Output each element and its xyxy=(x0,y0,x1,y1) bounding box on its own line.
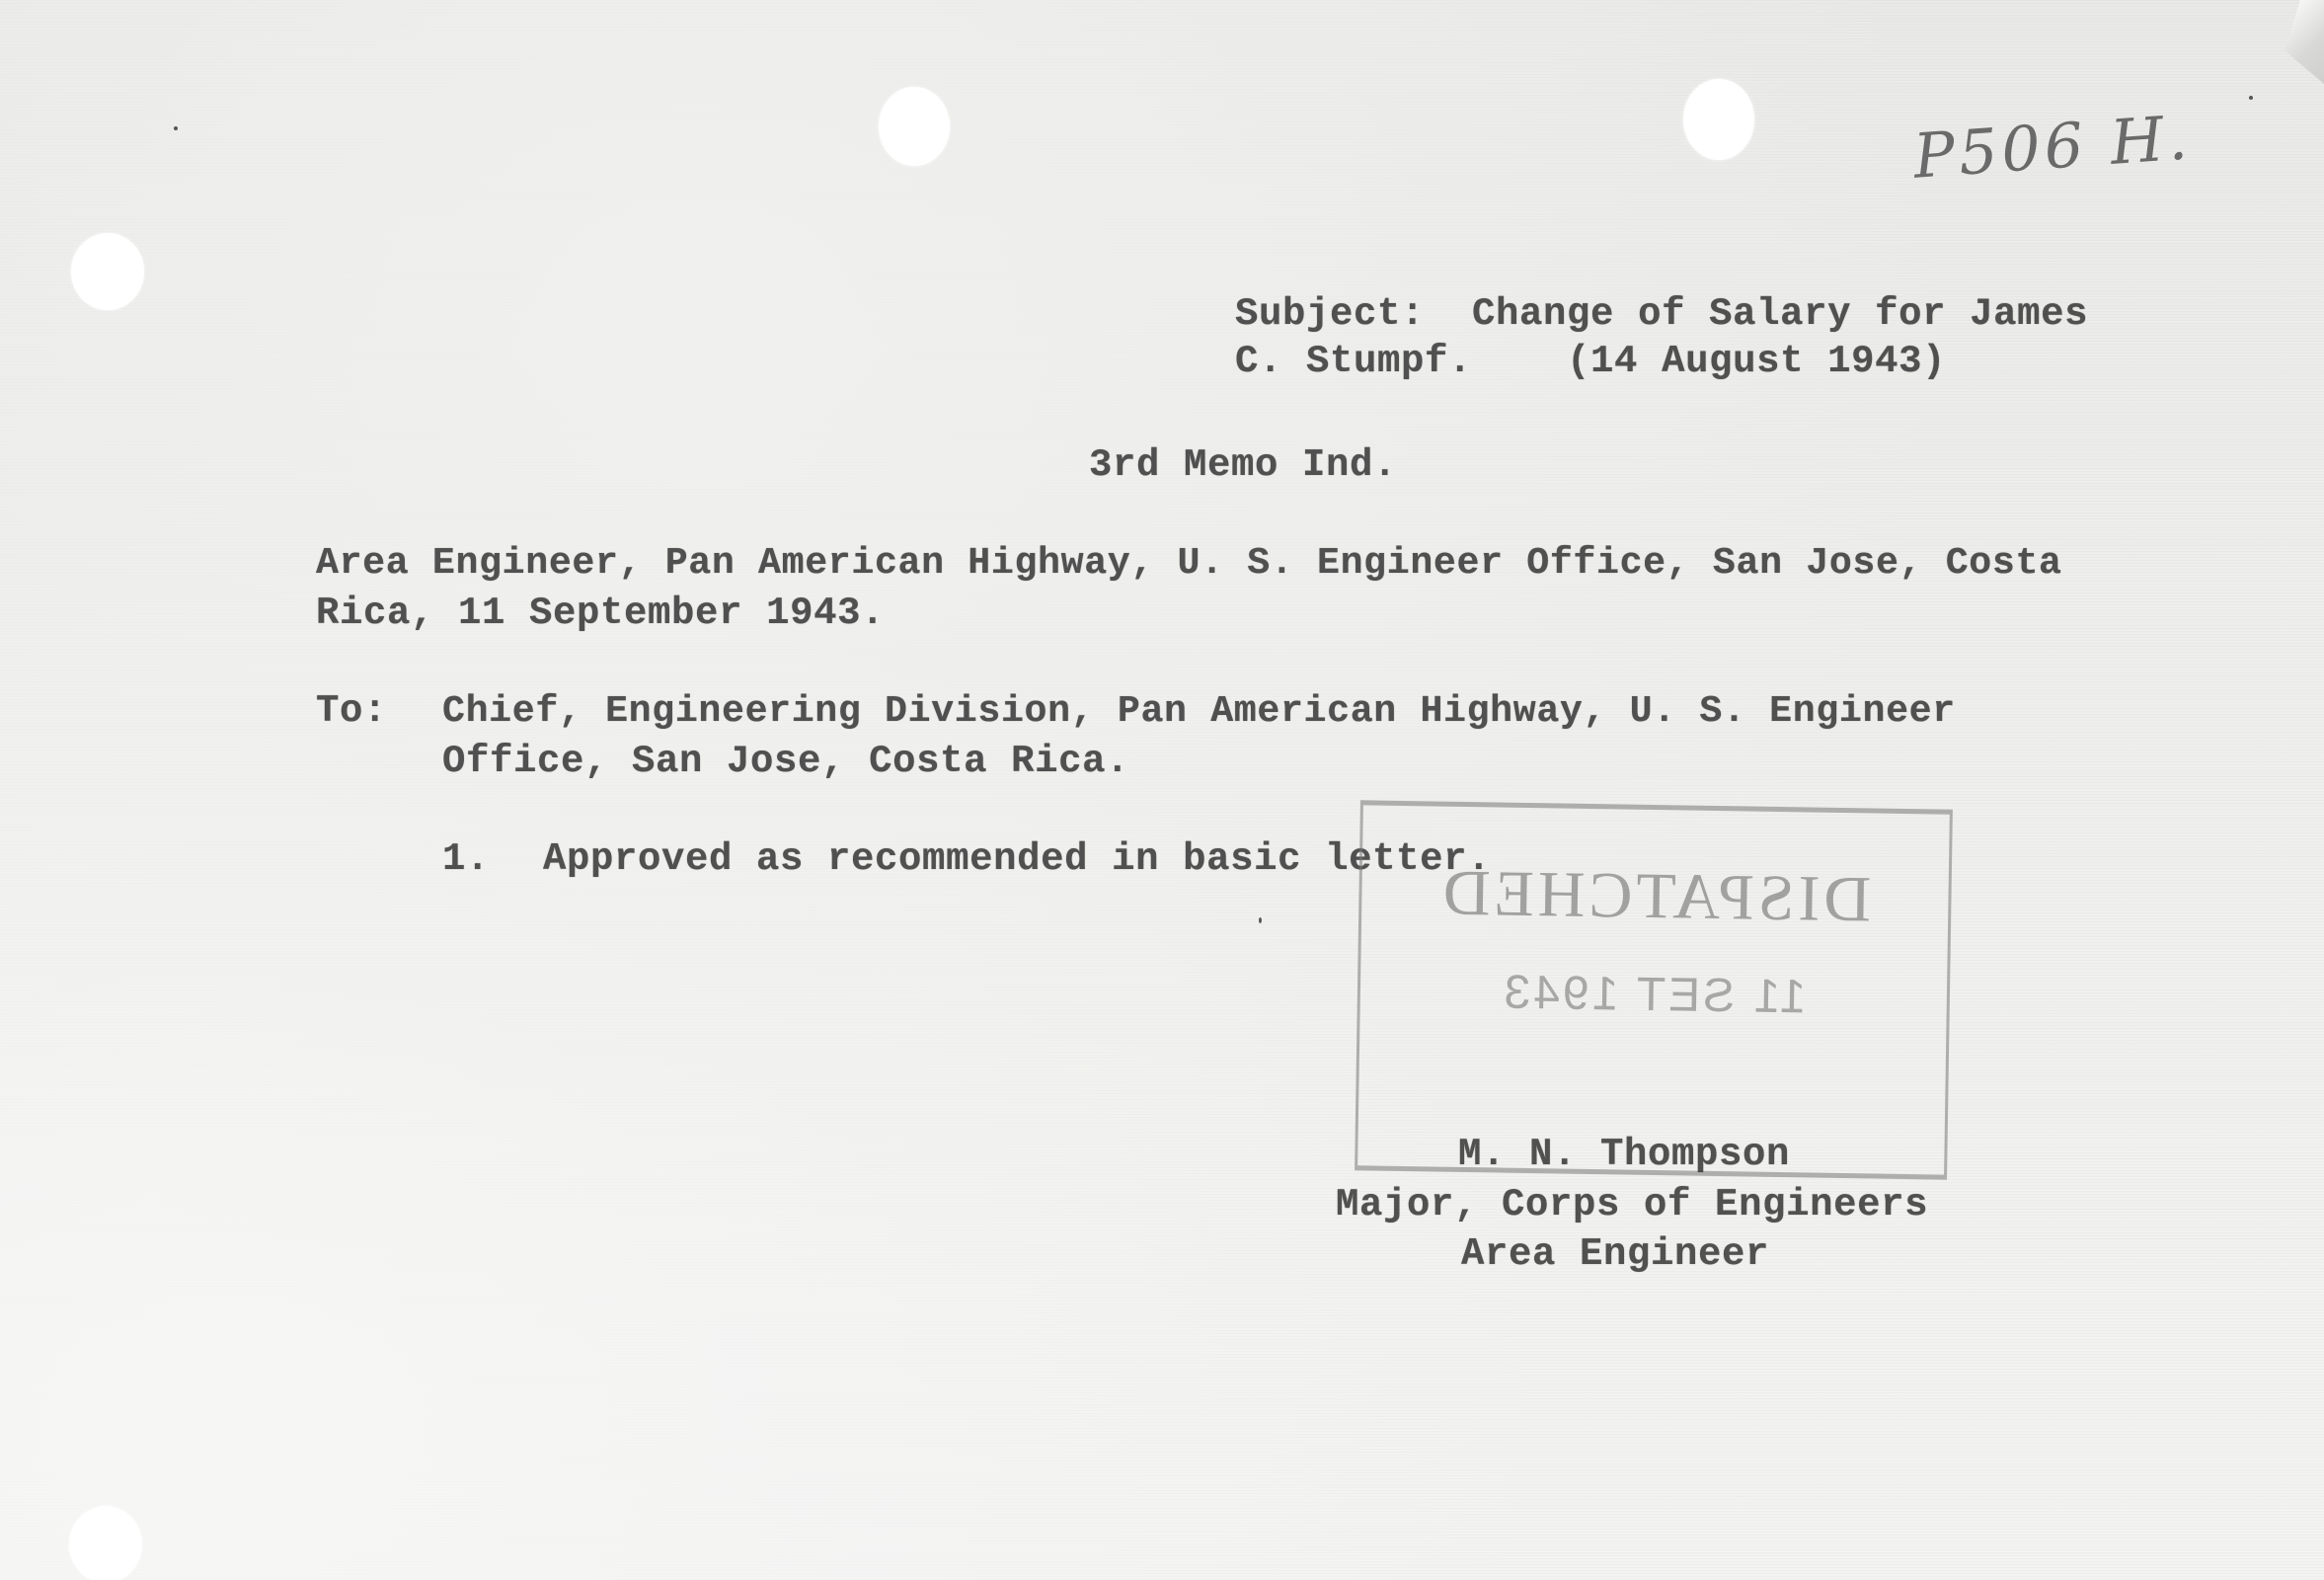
to-line-2: Office, San Jose, Costa Rica. xyxy=(442,736,1129,787)
punch-hole xyxy=(69,1506,142,1580)
stamp-label: DISPATCHED xyxy=(1358,854,1952,938)
signature-rank: Major, Corps of Engineers xyxy=(1336,1179,1928,1230)
paragraph-number: 1. xyxy=(442,833,490,885)
indorsement-heading: 3rd Memo Ind. xyxy=(1089,439,1397,491)
paper-speck xyxy=(2249,96,2253,100)
scanned-memo-page: P506 H. Subject: Change of Salary for Ja… xyxy=(0,0,2324,1580)
signature-name: M. N. Thompson xyxy=(1458,1129,1790,1180)
subject-line-2: C. Stumpf. (14 August 1943) xyxy=(1235,336,1946,387)
paper-speck xyxy=(174,126,178,130)
dispatched-stamp: DISPATCHED 11 SET 1943 xyxy=(1355,800,1953,1179)
paper-speck xyxy=(1259,917,1262,923)
punch-hole xyxy=(71,233,144,310)
from-line-2: Rica, 11 September 1943. xyxy=(316,588,885,639)
subject-line-1: Subject: Change of Salary for James xyxy=(1235,288,2088,340)
paragraph-text: Approved as recommended in basic letter. xyxy=(543,833,1491,885)
punch-hole xyxy=(1683,79,1754,160)
folded-corner xyxy=(2285,0,2324,84)
punch-hole xyxy=(879,87,950,166)
to-label: To: xyxy=(316,685,387,737)
stamp-date: 11 SET 1943 xyxy=(1357,963,1951,1026)
to-line-1: Chief, Engineering Division, Pan America… xyxy=(442,685,1956,737)
signature-title: Area Engineer xyxy=(1461,1228,1769,1280)
from-line-1: Area Engineer, Pan American Highway, U. … xyxy=(316,537,2062,589)
handwritten-file-number: P506 H. xyxy=(1911,101,2194,192)
